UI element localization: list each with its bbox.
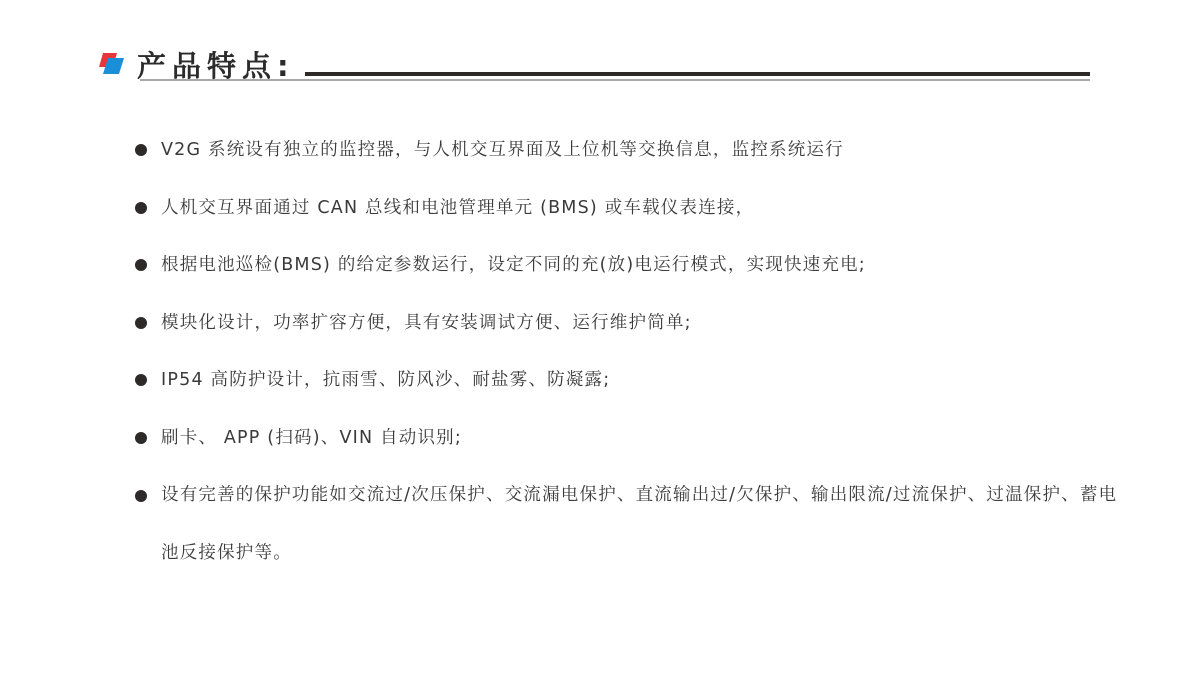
feature-item-protection: 设有完善的保护功能如交流过/次压保护、交流漏电保护、直流输出过/欠保护、输出限流… (133, 467, 1133, 582)
section-header: 产品特点: (0, 0, 1201, 100)
parallelogram-logo-icon (97, 53, 125, 75)
feature-text: 模块化设计，功率扩容方便，具有安装调试方便、运行维护简单; (161, 313, 692, 333)
feature-text: 设有完善的保护功能如交流过/次压保护、交流漏电保护、直流输出过/欠保护、输出限流… (161, 485, 1117, 563)
feature-text: 根据电池巡检(BMS) 的给定参数运行，设定不同的充(放)电运行模式，实现快速充… (161, 255, 866, 275)
feature-item-can-bus: 人机交互界面通过 CAN 总线和电池管理单元 (BMS) 或车载仪表连接， (133, 190, 1133, 226)
bullet-icon (135, 374, 147, 386)
feature-item-v2g-monitor: V2G 系统设有独立的监控器，与人机交互界面及上位机等交换信息，监控系统运行 (133, 132, 1133, 168)
bullet-icon (135, 317, 147, 329)
title-underline-thick (305, 72, 1090, 76)
feature-item-modular-design: 模块化设计，功率扩容方便，具有安装调试方便、运行维护简单; (133, 305, 1133, 341)
bullet-icon (135, 490, 147, 502)
feature-text: IP54 高防护设计，抗雨雪、防风沙、耐盐雾、防凝露; (161, 370, 610, 390)
feature-item-ip54: IP54 高防护设计，抗雨雪、防风沙、耐盐雾、防凝露; (133, 362, 1133, 398)
feature-text: 人机交互界面通过 CAN 总线和电池管理单元 (BMS) 或车载仪表连接， (161, 198, 754, 218)
feature-text: 刷卡、 APP (扫码)、VIN 自动识别; (161, 428, 462, 448)
title-underline-thin (140, 79, 1090, 81)
feature-item-identification: 刷卡、 APP (扫码)、VIN 自动识别; (133, 420, 1133, 456)
bullet-icon (135, 202, 147, 214)
bullet-icon (135, 432, 147, 444)
feature-text: V2G 系统设有独立的监控器，与人机交互界面及上位机等交换信息，监控系统运行 (161, 140, 844, 160)
feature-list: V2G 系统设有独立的监控器，与人机交互界面及上位机等交换信息，监控系统运行 人… (133, 132, 1133, 604)
bullet-icon (135, 259, 147, 271)
bullet-icon (135, 144, 147, 156)
feature-item-bms-charging: 根据电池巡检(BMS) 的给定参数运行，设定不同的充(放)电运行模式，实现快速充… (133, 247, 1133, 283)
